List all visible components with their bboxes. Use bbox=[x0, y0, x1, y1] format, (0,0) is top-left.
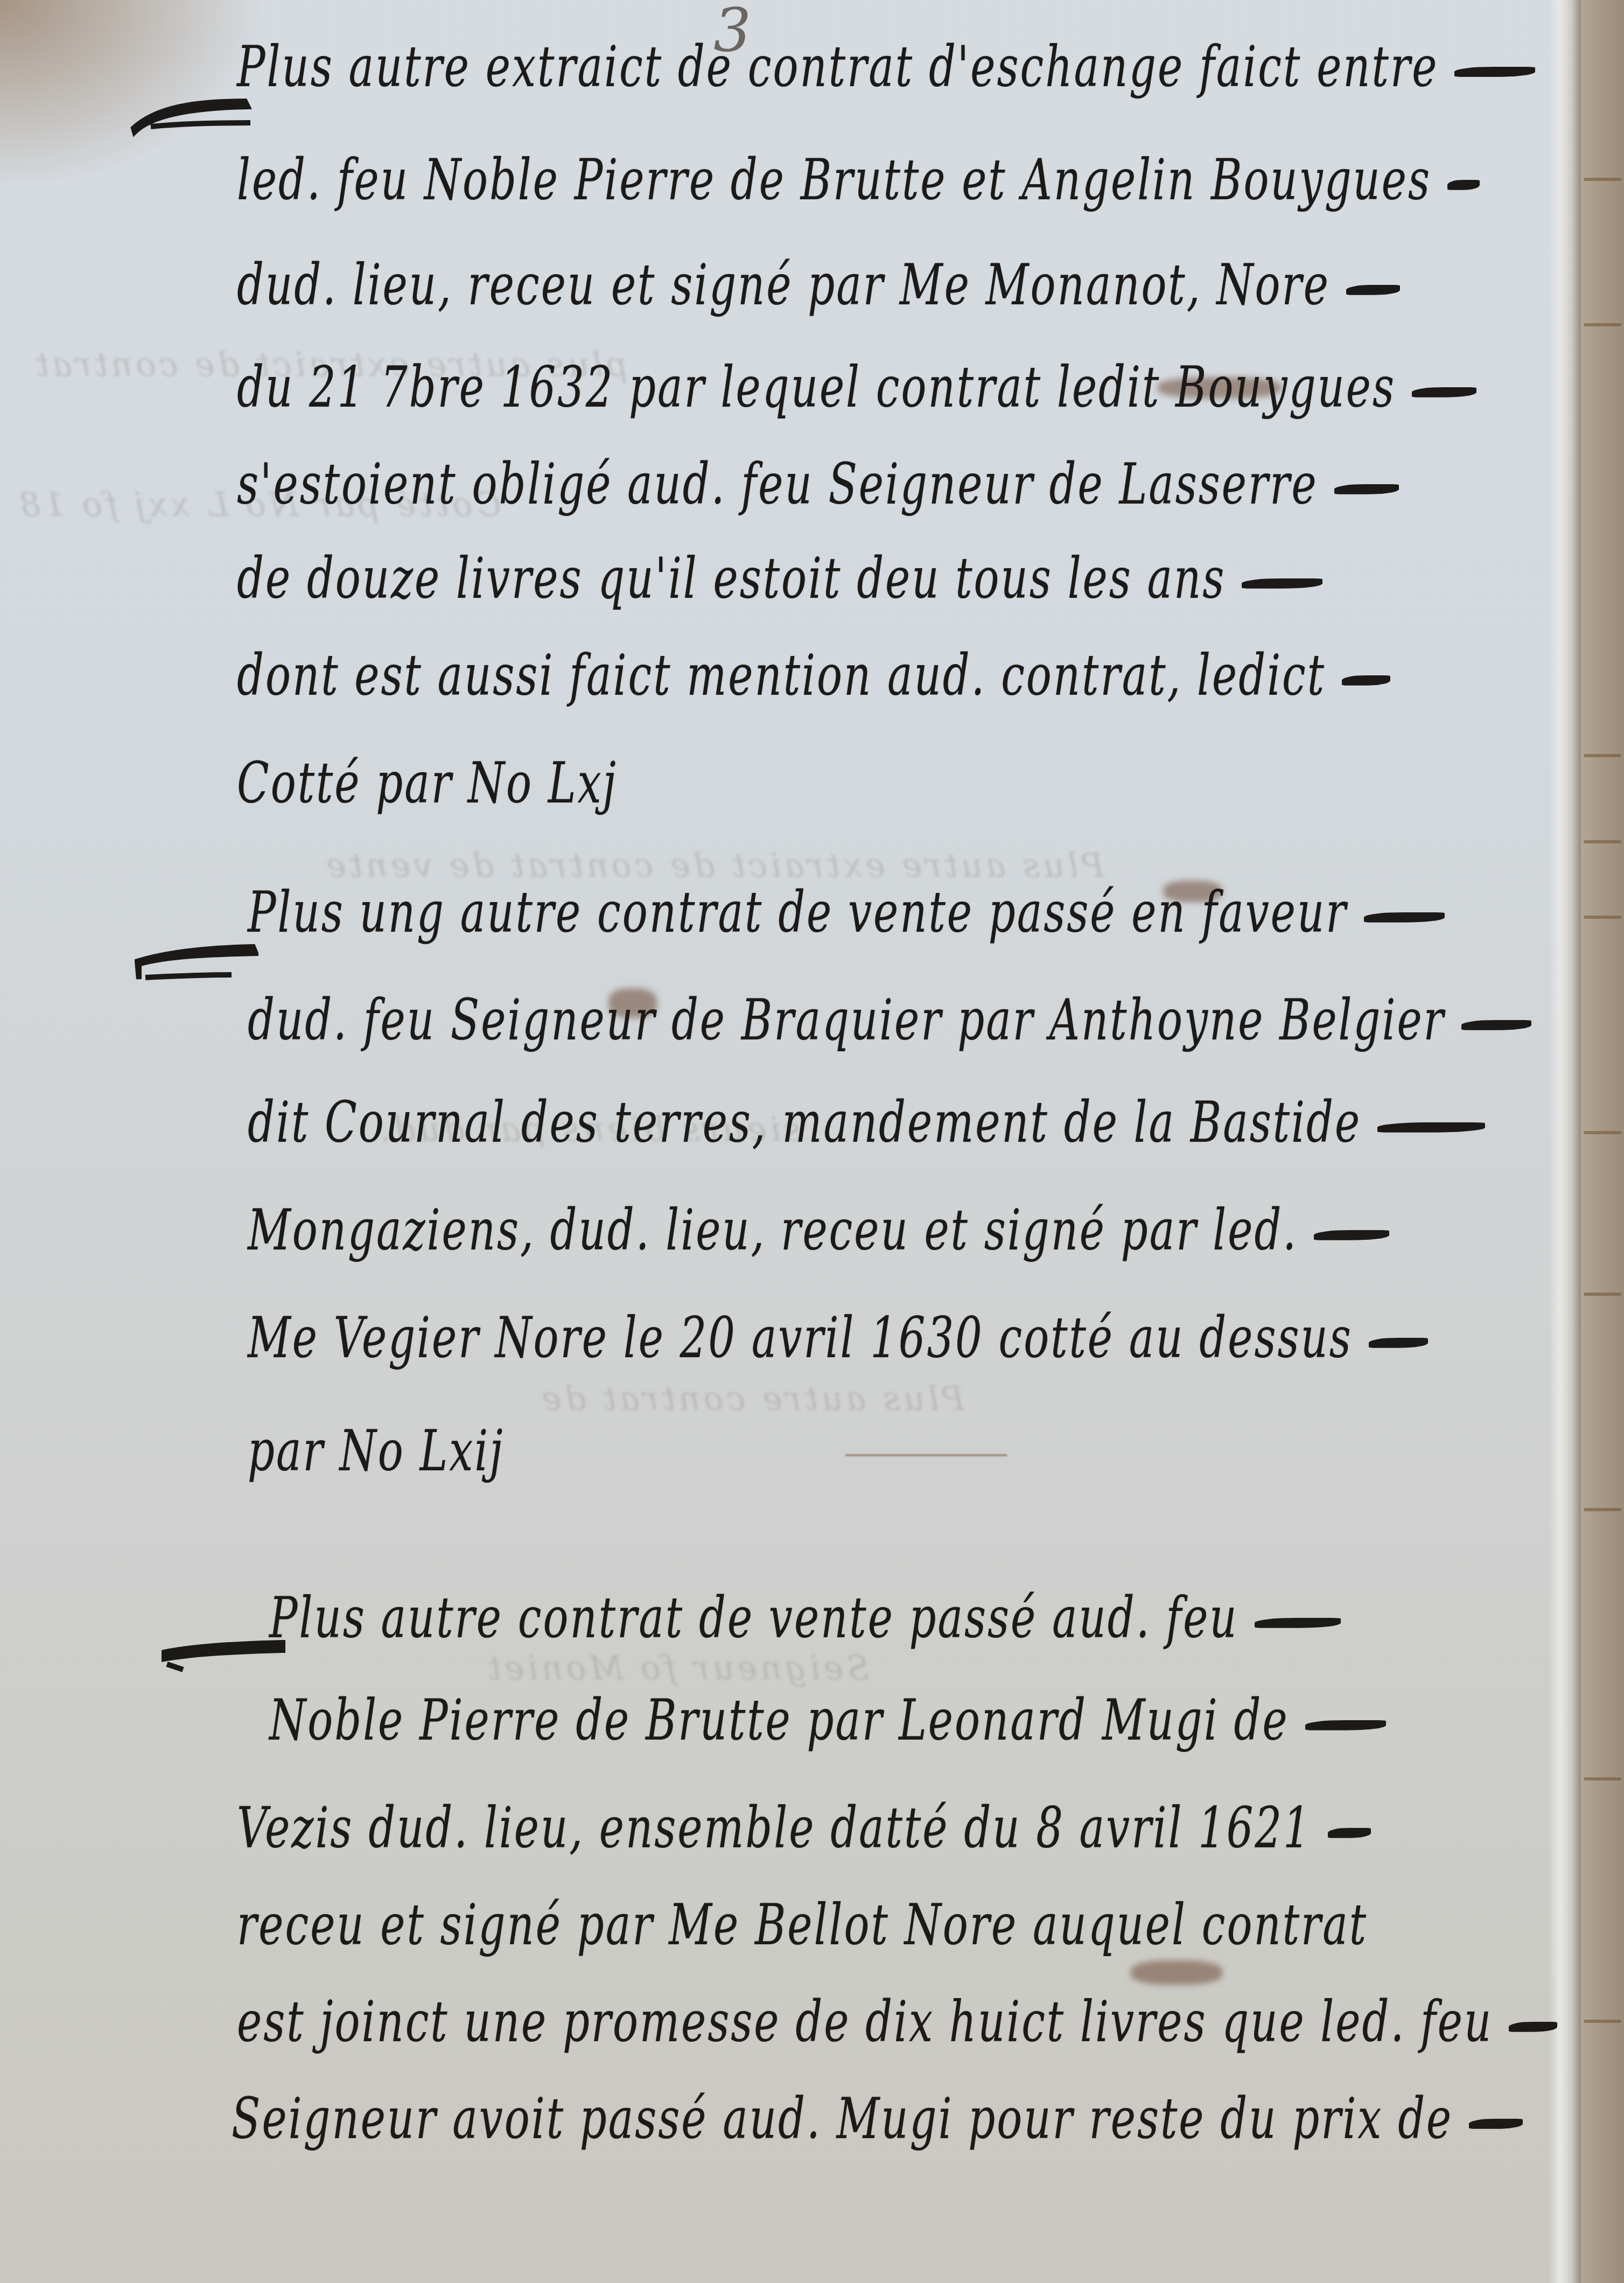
entry-line: Plus autre extraict de contrat d'eschang… bbox=[237, 35, 1535, 130]
line-text: du 21 7bre 1632 par lequel contrat ledit… bbox=[237, 355, 1396, 421]
entry-line: dont est aussi faict mention aud. contra… bbox=[237, 644, 1390, 738]
entry-line: par No Lxij bbox=[248, 1419, 504, 1514]
line-text: Me Vegier Nore le 20 avril 1630 cotté au… bbox=[248, 1306, 1353, 1372]
entry-line: dud. feu Seigneur de Braquier par Anthoy… bbox=[248, 988, 1531, 1083]
line-filler bbox=[1334, 484, 1399, 494]
line-filler bbox=[1346, 284, 1400, 295]
entry-line: Plus ung autre contrat de vente passé en… bbox=[248, 881, 1445, 975]
line-text: led. feu Noble Pierre de Brutte et Angel… bbox=[237, 148, 1431, 214]
line-text: dit Cournal des terres, mandement de la … bbox=[248, 1091, 1361, 1156]
line-text: s'estoient obligé aud. feu Seigneur de L… bbox=[237, 452, 1318, 518]
entry-line: dit Cournal des terres, mandement de la … bbox=[248, 1091, 1485, 1185]
entry-line: Cotté par No Lxj bbox=[237, 751, 618, 846]
line-text: dud. feu Seigneur de Braquier par Anthoy… bbox=[248, 988, 1445, 1054]
line-text: Plus autre extraict de contrat d'eschang… bbox=[237, 35, 1438, 101]
manuscript-photo: plus autre extraict de contrat Cotté par… bbox=[0, 0, 1624, 2283]
entry-line: receu et signé par Me Bellot Nore auquel… bbox=[237, 1893, 1368, 1988]
page-edge bbox=[1549, 0, 1581, 2283]
line-text: receu et signé par Me Bellot Nore auquel… bbox=[237, 1893, 1368, 1959]
line-text: Cotté par No Lxj bbox=[237, 751, 618, 817]
entry-line: Vezis dud. lieu, ensemble datté du 8 avr… bbox=[237, 1796, 1371, 1891]
line-filler bbox=[1314, 1230, 1389, 1240]
line-filler bbox=[1447, 179, 1480, 190]
item-flourish-icon bbox=[129, 86, 253, 137]
entry-line: Me Vegier Nore le 20 avril 1630 cotté au… bbox=[248, 1306, 1428, 1401]
line-filler bbox=[1305, 1720, 1386, 1730]
line-text: dud. lieu, receu et signé par Me Monanot… bbox=[237, 253, 1330, 319]
entry-line: Plus autre contrat de vente passé aud. f… bbox=[269, 1586, 1341, 1681]
line-filler bbox=[1364, 912, 1445, 922]
ink-stroke bbox=[845, 1454, 1007, 1456]
line-text: de douze livres qu'il estoit deu tous le… bbox=[237, 547, 1226, 612]
entry-line: du 21 7bre 1632 par lequel contrat ledit… bbox=[237, 355, 1476, 450]
item-flourish-icon bbox=[162, 1626, 285, 1678]
show-through-text: Plus autre extraict de contrat de vente bbox=[323, 846, 1104, 885]
line-filler bbox=[1255, 1617, 1341, 1628]
line-text: Plus ung autre contrat de vente passé en… bbox=[248, 881, 1348, 946]
line-text: Plus autre contrat de vente passé aud. f… bbox=[269, 1586, 1238, 1652]
line-filler bbox=[1328, 1827, 1371, 1838]
line-text: Vezis dud. lieu, ensemble datté du 8 avr… bbox=[237, 1796, 1312, 1862]
line-filler bbox=[1454, 66, 1535, 76]
entry-line: est joinct une promesse de dix huict liv… bbox=[237, 1990, 1557, 2085]
line-filler bbox=[1461, 1020, 1531, 1030]
line-filler bbox=[1242, 578, 1322, 588]
entry-line: de douze livres qu'il estoit deu tous le… bbox=[237, 547, 1322, 641]
item-flourish-icon bbox=[135, 932, 258, 983]
line-filler bbox=[1342, 675, 1390, 685]
entry-line: Mongaziens, dud. lieu, receu et signé pa… bbox=[248, 1198, 1389, 1293]
entry-line: dud. lieu, receu et signé par Me Monanot… bbox=[237, 253, 1400, 348]
line-filler bbox=[1377, 1122, 1485, 1132]
line-text: Mongaziens, dud. lieu, receu et signé pa… bbox=[248, 1198, 1298, 1264]
line-text: Noble Pierre de Brutte par Leonard Mugi … bbox=[269, 1688, 1289, 1754]
line-text: Seigneur avoit passé aud. Mugi pour rest… bbox=[232, 2087, 1453, 2153]
line-filler bbox=[1412, 387, 1476, 397]
line-filler bbox=[1509, 2021, 1557, 2031]
line-text: dont est aussi faict mention aud. contra… bbox=[237, 644, 1326, 709]
entry-line: s'estoient obligé aud. feu Seigneur de L… bbox=[237, 452, 1399, 547]
entry-line: Seigneur avoit passé aud. Mugi pour rest… bbox=[232, 2087, 1523, 2182]
line-text: par No Lxij bbox=[248, 1419, 504, 1485]
line-filler bbox=[1469, 2118, 1523, 2128]
entry-line: led. feu Noble Pierre de Brutte et Angel… bbox=[237, 148, 1480, 243]
line-filler bbox=[1369, 1337, 1428, 1348]
entry-line: Noble Pierre de Brutte par Leonard Mugi … bbox=[269, 1688, 1386, 1783]
line-text: est joinct une promesse de dix huict liv… bbox=[237, 1990, 1493, 2056]
